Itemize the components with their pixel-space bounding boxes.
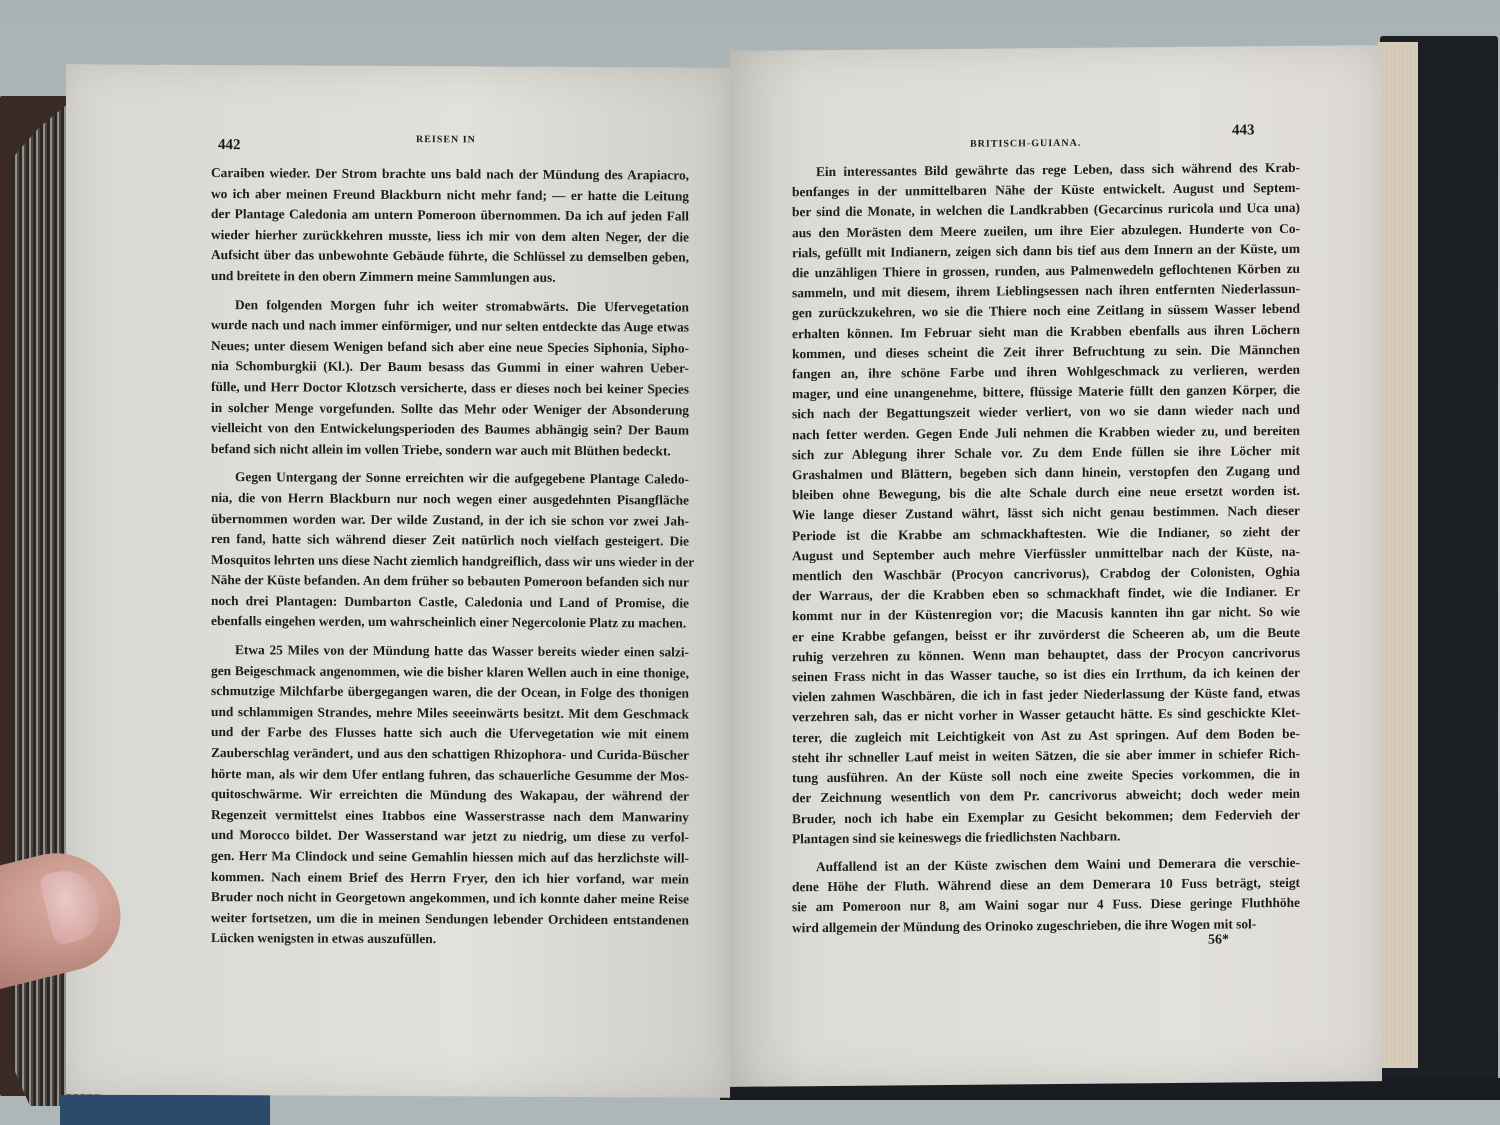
text-line: wurde nach und nach immer einförmiger, u… [211,315,689,338]
text-line: Mosquitos lehrten uns diese Nacht ziemli… [211,550,689,573]
text-line: und schlammigen Strandes, mehre Miles se… [211,702,689,725]
text-line: wieder hierher zurückkehren musste, lies… [211,225,689,248]
running-head-right: BRITISCH-GUIANA. [970,138,1081,150]
paragraph: Etwa 25 Miles von der Mündung hatte das … [211,640,689,951]
paragraph: Auffallend ist an der Küste zwischen dem… [792,853,1300,938]
text-line: wo ich aber meinen Freund Blackburn nich… [211,184,689,207]
thumbnail [38,864,106,946]
text-line: in solcher Menge vorgefunden. Sollte das… [211,398,689,421]
paragraph: Gegen Untergang der Sonne erreichten wir… [211,467,689,634]
right-page-text: Ein interessantes Bild gewährte das rege… [792,158,1300,946]
text-line: noch drei Plantagen: Dumbarton Castle, C… [211,591,689,614]
paragraph: Den folgenden Morgen fuhr ich weiter str… [211,295,689,462]
text-line: kommen. Nach einem Brief des Herrn Fryer… [211,867,689,890]
text-line: übernommen worden war. Der wilde Zustand… [211,509,689,532]
text-line: und Morocco bildet. Der Wasserstand war … [211,825,689,848]
paragraph: Caraiben wieder. Der Strom brachte uns b… [211,163,689,289]
text-line: weiter fortsetzen, um die in meinen Send… [211,908,689,931]
text-line: schmutzige Milchfarbe übergegangen waren… [211,681,689,704]
left-page: 442 REISEN IN Caraiben wieder. Der Strom… [66,64,730,1097]
text-line: ebenfalls eingehen werden, um wahrschein… [211,611,689,634]
text-line: Lücken wenigsten in etwas auszufüllen. [211,928,689,951]
text-line: befand sich nicht allein im vollen Trieb… [211,439,689,462]
text-line: Regenzeit vermittelst eines Itabbos eine… [211,805,689,828]
text-line: Aufsicht über das unbewohnte Gebäude füh… [211,245,689,268]
text-line: hörte man, als wir dem Ufer entlang fuhr… [211,764,689,787]
text-line: Caraiben wieder. Der Strom brachte uns b… [211,163,689,186]
blue-cloth [60,1095,270,1125]
text-line: und der Farbe des Flusses hatte sich auc… [211,722,689,745]
text-line: Gegen Untergang der Sonne erreichten wir… [211,467,689,490]
text-line: ren fand, hatte sich während dieser Zeit… [211,529,689,552]
text-line: nia, die von Herrn Blackburn nur noch we… [211,488,689,511]
text-line: Zauberschlag verändert, und aus den scha… [211,743,689,766]
page-number-left: 442 [218,137,241,154]
left-page-text: Caraiben wieder. Der Strom brachte uns b… [211,163,689,959]
paragraph: Ein interessantes Bild gewährte das rege… [792,158,1300,849]
text-line: nia Schomburgkii (Kl.). Der Baum besass … [211,356,689,379]
text-line: Neues; unter diesem Wenigen befand sich … [211,336,689,359]
signature-mark: 56* [1208,932,1229,948]
text-line: Den folgenden Morgen fuhr ich weiter str… [211,295,689,318]
text-line: fülle, und Herr Doctor Klotzsch versiche… [211,377,689,400]
text-line: und breitete in den obern Zimmern meine … [211,266,689,289]
text-line: Bruder noch nicht in Georgetown angekomm… [211,887,689,910]
page-number-right: 443 [1232,122,1255,139]
text-line: Nähe der Küste befanden. An dem früher s… [211,570,689,593]
right-page: BRITISCH-GUIANA. 443 Ein interessantes B… [730,45,1382,1087]
text-line: gen Beigeschmack angenommen, wie die bis… [211,661,689,684]
text-line: quitoschwärme. Wir erreichten die Mündun… [211,784,689,807]
text-line: Etwa 25 Miles von der Mündung hatte das … [211,640,689,663]
page-edges-right [1378,42,1418,1068]
running-head-left: REISEN IN [416,134,476,145]
text-line: vielleicht von den Entwickelungsperioden… [211,418,689,441]
text-line: gen. Herr Ma Clindock und seine Gemahlin… [211,846,689,869]
text-line: Plantagen sind sie keineswegs die friedl… [792,825,1300,850]
text-line: der Plantage Caledonia am untern Pomeroo… [211,204,689,227]
